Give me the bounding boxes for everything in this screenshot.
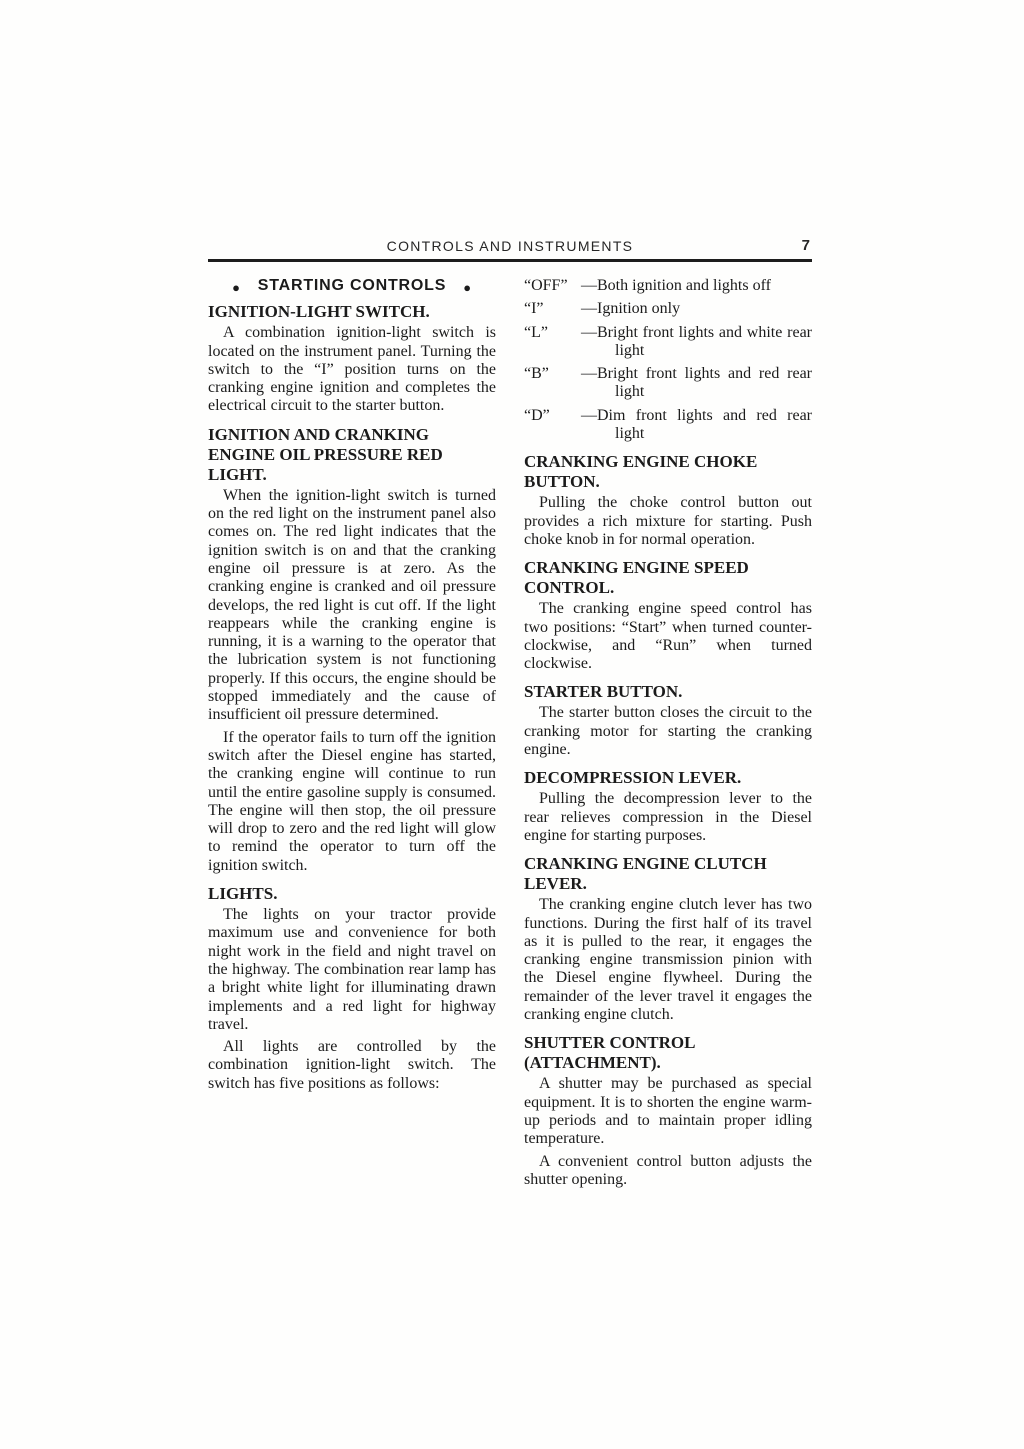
page-number: 7 [802, 237, 810, 254]
switch-position-item: “L” —Bright front lights and white rear … [524, 324, 812, 361]
two-column-layout: ● STARTING CONTROLS ● IGNITION-LIGHT SWI… [208, 275, 812, 1189]
section-heading-choke-button: CRANKING ENGINE CHOKE BUTTON. [524, 452, 812, 492]
section-heading-oil-pressure-red-light: IGNITION AND CRANKING ENGINE OIL PRESSUR… [208, 425, 496, 485]
section-heading-clutch-lever: CRANKING ENGINE CLUTCH LEVER. [524, 854, 812, 894]
switch-position-description: —Bright front lights and red rear light [581, 365, 812, 402]
bullet-icon: ● [463, 281, 472, 294]
switch-position-description: —Both ignition and lights off [581, 277, 812, 295]
switch-positions-list: “OFF” —Both ignition and lights off “I” … [524, 277, 812, 443]
starting-controls-banner: ● STARTING CONTROLS ● [208, 277, 496, 295]
section-heading-shutter-control: SHUTTER CONTROL (ATTACHMENT). [524, 1033, 812, 1073]
paragraph: Pulling the decompression lever to the r… [524, 790, 812, 845]
section-heading-speed-control: CRANKING ENGINE SPEED CONTROL. [524, 558, 812, 598]
switch-position-description: —Dim front lights and red rear light [581, 407, 812, 444]
paragraph: The cranking engine clutch lever has two… [524, 896, 812, 1024]
manual-page: CONTROLS AND INSTRUMENTS 7 ● STARTING CO… [0, 0, 1024, 1449]
paragraph: A shutter may be purchased as special eq… [524, 1075, 812, 1148]
switch-position-item: “D” —Dim front lights and red rear light [524, 407, 812, 444]
paragraph: If the operator fails to turn off the ig… [208, 729, 496, 875]
paragraph: A combination ignition-light switch is l… [208, 324, 496, 415]
section-heading-decompression-lever: DECOMPRESSION LEVER. [524, 768, 812, 788]
paragraph: A convenient control button adjusts the … [524, 1153, 812, 1190]
paragraph: The cranking engine speed control has tw… [524, 600, 812, 673]
right-column: “OFF” —Both ignition and lights off “I” … [524, 275, 812, 1189]
paragraph: The starter button closes the circuit to… [524, 704, 812, 759]
switch-position-term: “I” [524, 300, 581, 318]
running-header-title: CONTROLS AND INSTRUMENTS [387, 238, 634, 254]
paragraph: All lights are controlled by the combina… [208, 1038, 496, 1093]
switch-position-description: —Bright front lights and white rear ligh… [581, 324, 812, 361]
running-header: CONTROLS AND INSTRUMENTS 7 [208, 238, 812, 262]
section-heading-lights: LIGHTS. [208, 884, 496, 904]
left-column: ● STARTING CONTROLS ● IGNITION-LIGHT SWI… [208, 275, 496, 1189]
section-heading-starter-button: STARTER BUTTON. [524, 682, 812, 702]
switch-position-term: “L” [524, 324, 581, 361]
switch-position-term: “D” [524, 407, 581, 444]
switch-position-item: “OFF” —Both ignition and lights off [524, 277, 812, 295]
paragraph: When the ignition-light switch is turned… [208, 487, 496, 725]
switch-position-description: —Ignition only [581, 300, 812, 318]
section-heading-ignition-light-switch: IGNITION-LIGHT SWITCH. [208, 302, 496, 322]
paragraph: The lights on your tractor provide maxim… [208, 906, 496, 1034]
paragraph: Pulling the choke control button out pro… [524, 494, 812, 549]
switch-position-term: “B” [524, 365, 581, 402]
page-content: CONTROLS AND INSTRUMENTS 7 ● STARTING CO… [208, 238, 812, 1189]
switch-position-item: “B” —Bright front lights and red rear li… [524, 365, 812, 402]
switch-position-item: “I” —Ignition only [524, 300, 812, 318]
switch-position-term: “OFF” [524, 277, 581, 295]
bullet-icon: ● [232, 281, 241, 294]
starting-controls-label: STARTING CONTROLS [258, 277, 446, 295]
